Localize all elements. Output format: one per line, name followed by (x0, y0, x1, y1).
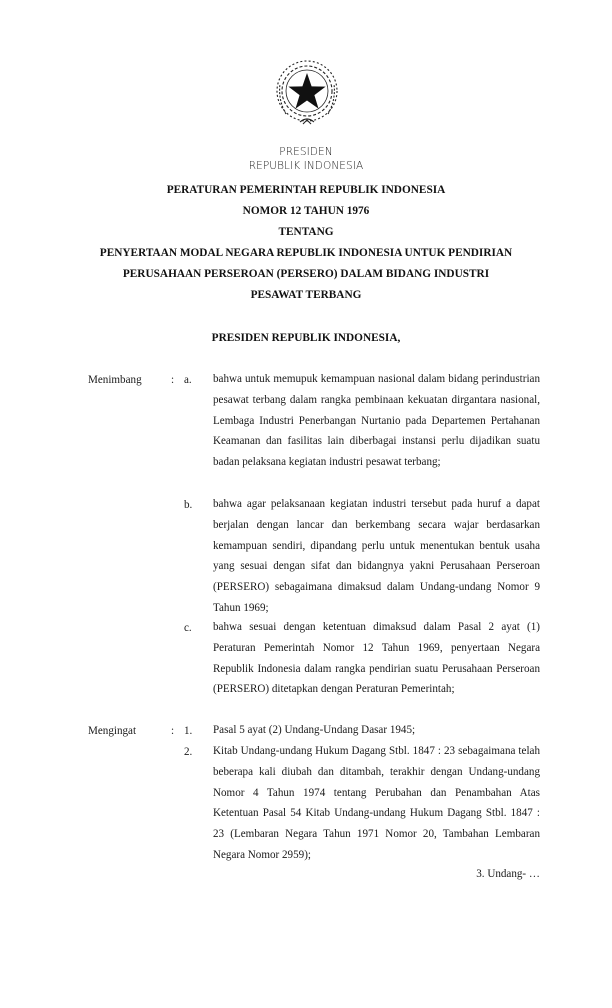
garuda-star-emblem-icon (272, 56, 342, 128)
menimbang-item-text: bahwa agar pelaksanaan kegiatan industri… (213, 494, 540, 619)
mengingat-item-text: Kitab Undang-undang Hukum Dagang Stbl. 1… (213, 741, 540, 866)
menimbang-colon: : (171, 374, 174, 386)
menimbang-item-text: bahwa sesuai dengan ketentuan dimaksud d… (213, 617, 540, 700)
document-subject-line: PESAWAT TERBANG (0, 289, 612, 301)
office-line-republik: REPUBLIK INDONESIA (0, 160, 612, 172)
mengingat-item-number: 2. (184, 746, 192, 758)
document-title-line: PERATURAN PEMERINTAH REPUBLIK INDONESIA (0, 184, 612, 196)
menimbang-item-number: c. (184, 622, 192, 634)
menimbang-label: Menimbang (88, 374, 142, 386)
menimbang-item-text: bahwa untuk memupuk kemampuan nasional d… (213, 369, 540, 473)
mengingat-item-number: 1. (184, 725, 192, 737)
document-subject-line: PERUSAHAAN PERSEROAN (PERSERO) DALAM BID… (0, 268, 612, 280)
preamble-heading: PRESIDEN REPUBLIK INDONESIA, (0, 332, 612, 344)
mengingat-item-text: Pasal 5 ayat (2) Undang-Undang Dasar 194… (213, 720, 540, 741)
office-line-presiden: PRESIDEN (0, 146, 612, 158)
document-subject-line: PENYERTAAN MODAL NEGARA REPUBLIK INDONES… (0, 247, 612, 259)
page-continuation: 3. Undang- … (476, 868, 540, 880)
document-number: NOMOR 12 TAHUN 1976 (0, 205, 612, 217)
menimbang-item-number: a. (184, 374, 192, 386)
mengingat-label: Mengingat (88, 725, 136, 737)
mengingat-colon: : (171, 725, 174, 737)
menimbang-item-number: b. (184, 499, 192, 511)
document-tentang: TENTANG (0, 226, 612, 238)
